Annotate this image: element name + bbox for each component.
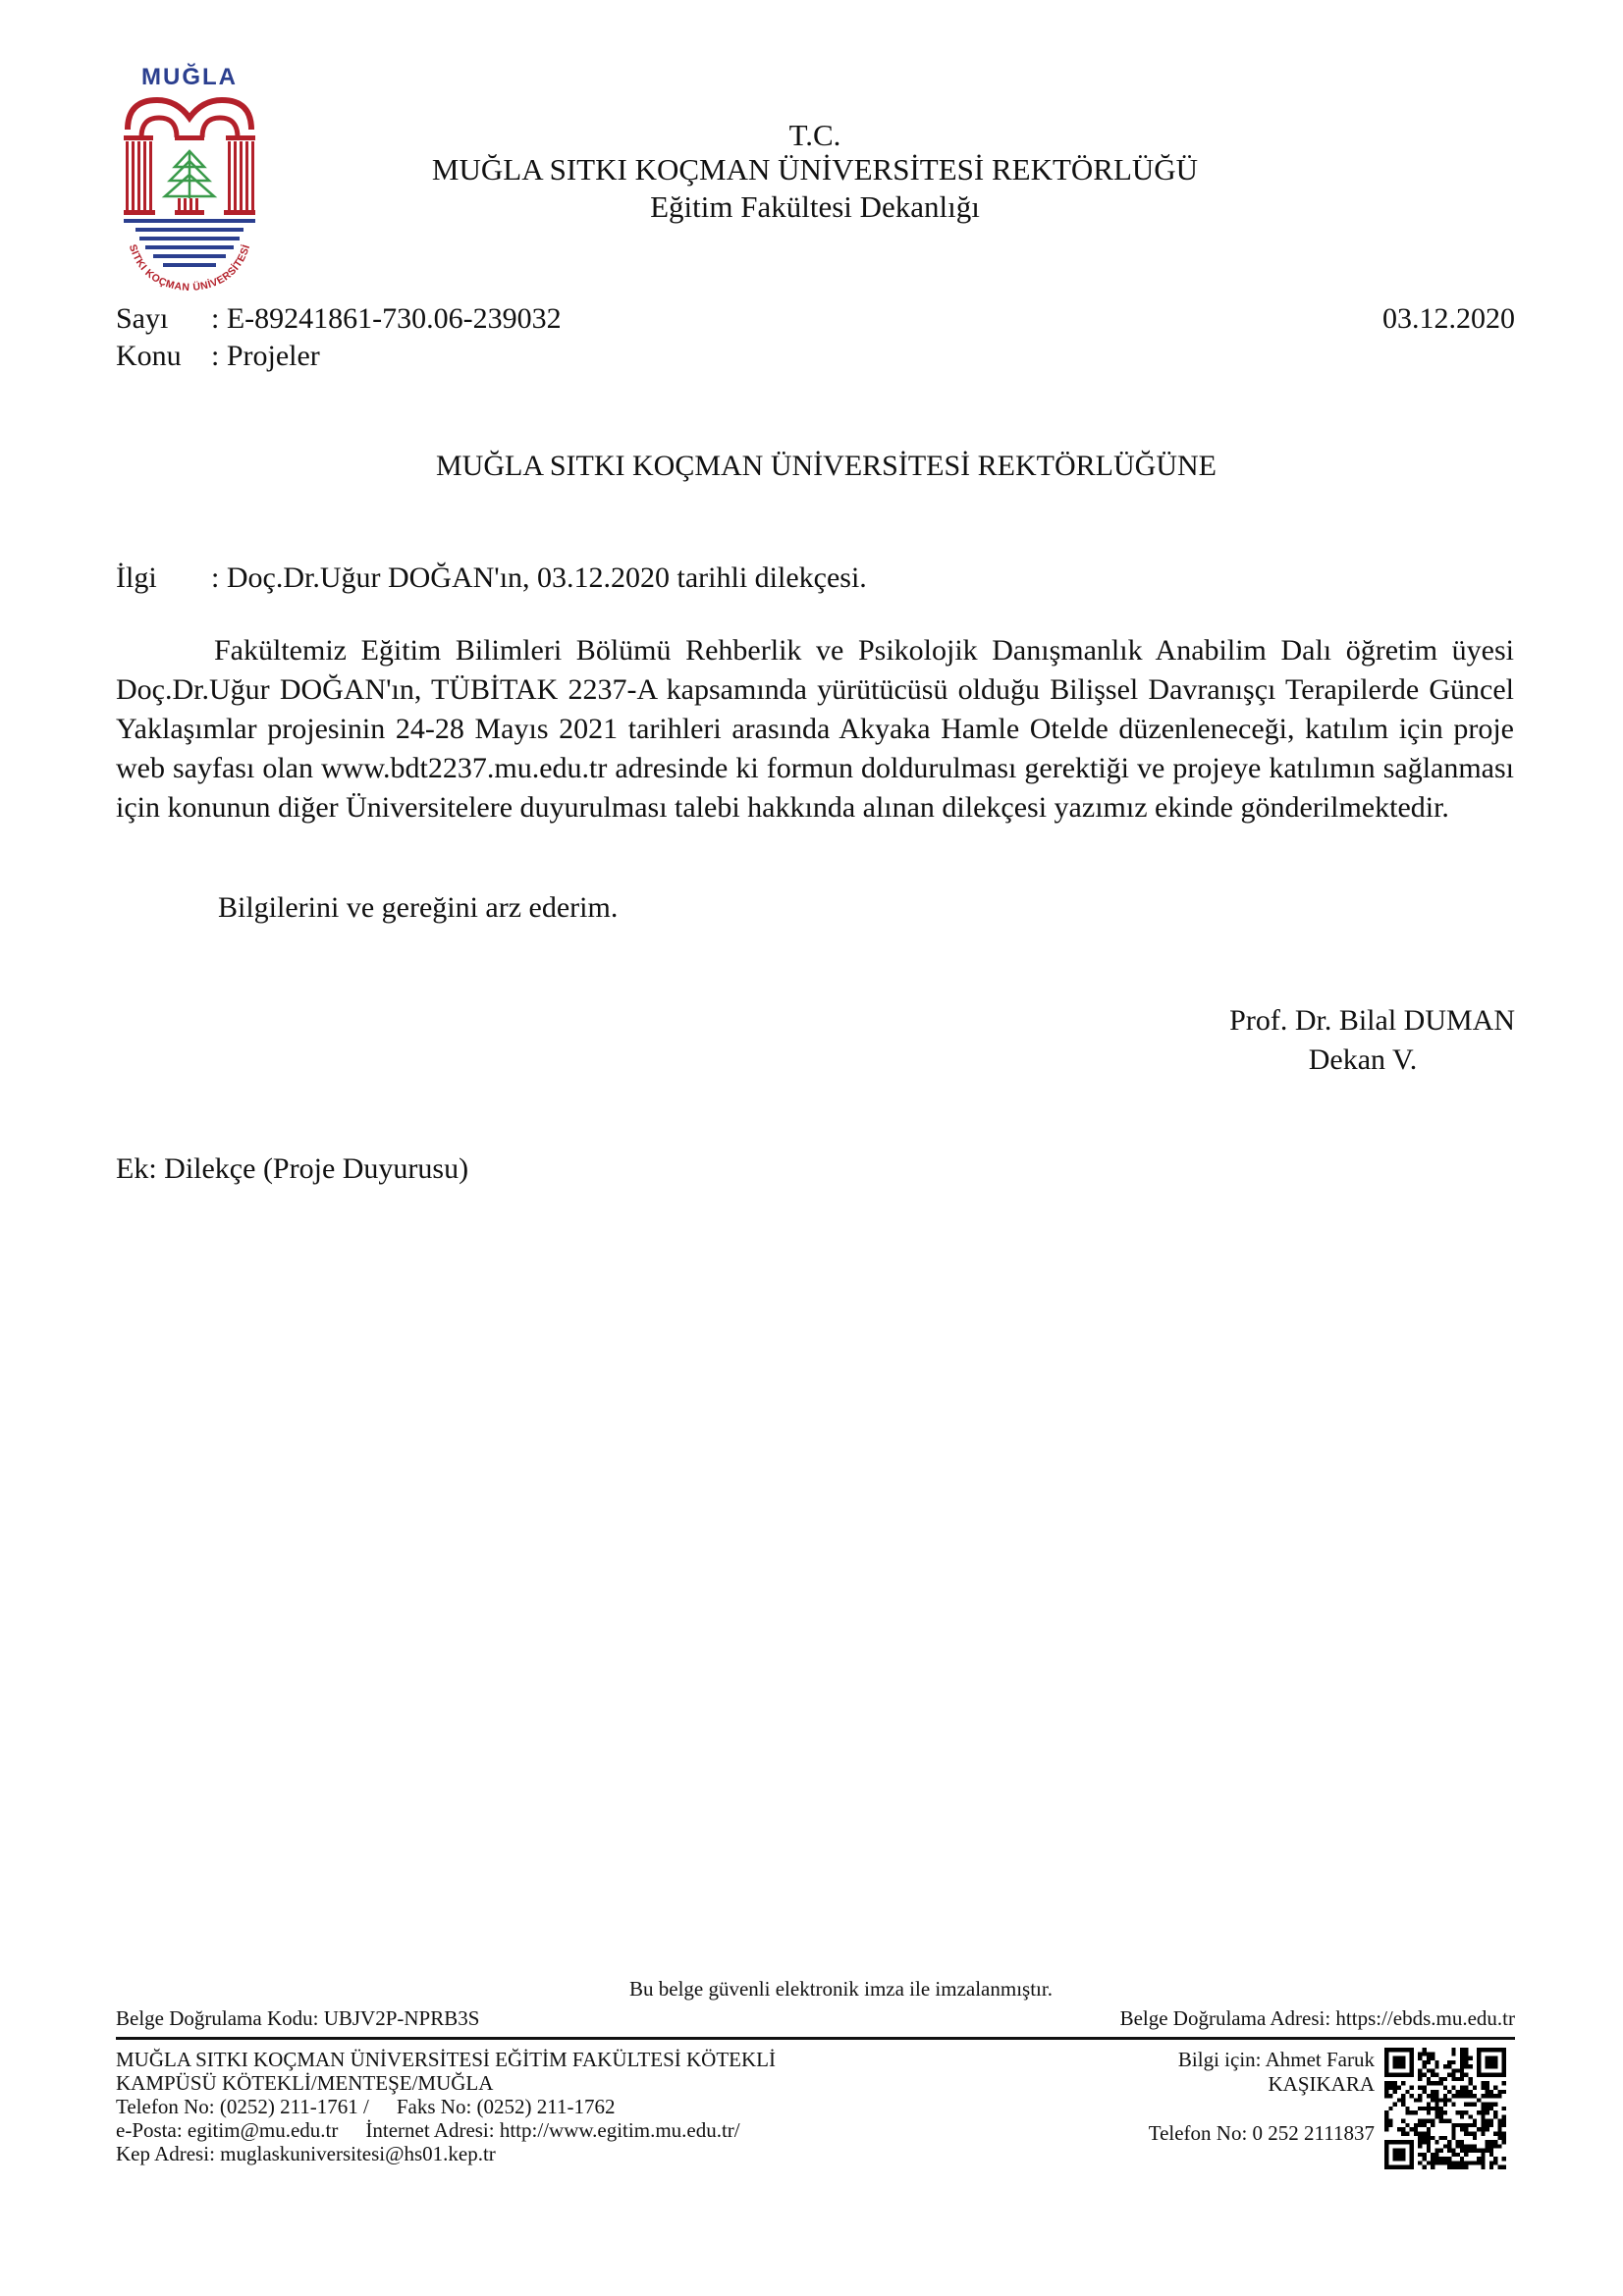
footer-address-line2: KAMPÜSÜ KÖTEKLİ/MENTEŞE/MUĞLA	[116, 2071, 776, 2095]
konu-label: Konu	[116, 340, 182, 373]
footer-info-contact: Bilgi için: Ahmet Faruk KAŞIKARA Telefon…	[1149, 2048, 1375, 2146]
verification-address[interactable]: Belge Doğrulama Adresi: https://ebds.mu.…	[1120, 2005, 1515, 2031]
footer-address-line1: MUĞLA SITKI KOÇMAN ÜNİVERSİTESİ EĞİTİM F…	[116, 2048, 776, 2071]
signature-block: Prof. Dr. Bilal DUMAN Dekan V.	[1122, 1001, 1515, 1080]
body-paragraph: Fakültemiz Eğitim Bilimleri Bölümü Rehbe…	[116, 631, 1514, 828]
ilgi-label: İlgi	[116, 561, 157, 595]
signatory-title: Dekan V.	[1122, 1041, 1515, 1080]
info-contact-surname: KAŞIKARA	[1149, 2072, 1375, 2097]
header-faculty: Eğitim Fakültesi Dekanlığı	[275, 189, 1355, 224]
footer-email[interactable]: e-Posta: egitim@mu.edu.tr	[116, 2118, 338, 2142]
closing-sentence: Bilgilerini ve gereğini arz ederim.	[218, 891, 618, 925]
footer-phone-fax: Telefon No: (0252) 211-1761 /Faks No: (0…	[116, 2095, 776, 2118]
footer-contact: MUĞLA SITKI KOÇMAN ÜNİVERSİTESİ EĞİTİM F…	[116, 2048, 776, 2165]
university-logo: MUĞLA SITKI KOÇMAN ÜNİVERSİTESİ	[116, 61, 263, 296]
qr-code-icon	[1384, 2048, 1506, 2169]
svg-text:SITKI KOÇMAN ÜNİVERSİTESİ: SITKI KOÇMAN ÜNİVERSİTESİ	[127, 242, 252, 294]
verification-code: Belge Doğrulama Kodu: UBJV2P-NPRB3S	[116, 2005, 479, 2031]
info-contact-name: Bilgi için: Ahmet Faruk	[1149, 2048, 1375, 2072]
info-contact-phone: Telefon No: 0 252 2111837	[1149, 2121, 1375, 2146]
logo-title: MUĞLA	[141, 63, 238, 90]
footer-web[interactable]: İnternet Adresi: http://www.egitim.mu.ed…	[365, 2118, 739, 2142]
e-signature-note: Bu belge güvenli elektronik imza ile imz…	[0, 1976, 1623, 2002]
logo-ring-text: SITKI KOÇMAN ÜNİVERSİTESİ	[127, 242, 252, 294]
footer-email-web: e-Posta: egitim@mu.edu.trİnternet Adresi…	[116, 2118, 776, 2142]
ilgi-value: : Doç.Dr.Uğur DOĞAN'ın, 03.12.2020 tarih…	[211, 561, 867, 595]
footer-divider	[116, 2037, 1515, 2040]
sayi-label: Sayı	[116, 302, 168, 336]
sayi-value: : E-89241861-730.06-239032	[211, 302, 562, 336]
footer-kep: Kep Adresi: muglaskuniversitesi@hs01.kep…	[116, 2142, 776, 2165]
header-tc: T.C.	[275, 118, 1355, 152]
footer-phone: Telefon No: (0252) 211-1761 /	[116, 2095, 369, 2118]
attachment-note: Ek: Dilekçe (Proje Duyurusu)	[116, 1152, 468, 1186]
signatory-name: Prof. Dr. Bilal DUMAN	[1122, 1001, 1515, 1041]
konu-value: : Projeler	[211, 340, 320, 373]
header-university: MUĞLA SITKI KOÇMAN ÜNİVERSİTESİ REKTÖRLÜ…	[275, 152, 1355, 187]
footer-fax: Faks No: (0252) 211-1762	[397, 2095, 616, 2118]
document-date: 03.12.2020	[1382, 302, 1515, 336]
addressee: MUĞLA SITKI KOÇMAN ÜNİVERSİTESİ REKTÖRLÜ…	[0, 450, 1623, 483]
